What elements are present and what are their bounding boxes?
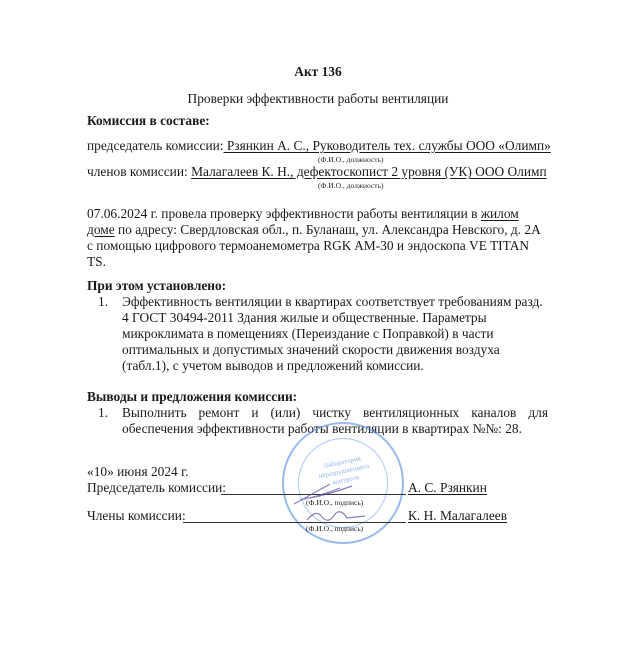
document-page: Акт 136 Проверки эффективности работы ве…: [0, 0, 636, 672]
chairman-caption: (Ф.И.О., должность): [318, 155, 384, 164]
inspection-text-after: по адресу: Свердловская обл., п. Буланаш…: [87, 222, 541, 269]
commission-heading: Комиссия в составе:: [87, 113, 210, 129]
conclusions-heading: Выводы и предложения комиссии:: [87, 389, 297, 405]
findings-item-text: Эффективность вентиляции в квартирах соо…: [122, 294, 548, 374]
signing-date: «10» июня 2024 г.: [87, 464, 188, 480]
chairman-label: председатель комиссии:: [87, 138, 224, 153]
chairman-row: председатель комиссии: Рзянкин А. С., Ру…: [87, 138, 551, 154]
document-title: Акт 136: [0, 64, 636, 80]
findings-item: 1. Эффективность вентиляции в квартирах …: [98, 294, 548, 374]
members-signature-label: Члены комиссии:: [87, 508, 186, 524]
chairman-signature-name: А. С. Рзянкин: [408, 480, 487, 496]
members-caption: (Ф.И.О., должность): [318, 181, 384, 190]
inspection-paragraph: 07.06.2024 г. провела проверку эффективн…: [87, 206, 547, 270]
chairman-signature-label: Председатель комиссии:: [87, 480, 226, 496]
members-handwritten-signature-icon: [305, 506, 375, 526]
document-subtitle: Проверки эффективности работы вентиляции: [0, 91, 636, 107]
conclusions-item-number: 1.: [98, 405, 108, 421]
members-value: Малагалеев К. Н., дефектоскопист 2 уровн…: [191, 164, 547, 179]
chairman-value: Рзянкин А. С., Руководитель тех. службы …: [224, 138, 551, 153]
members-row: членов комиссии: Малагалеев К. Н., дефек…: [87, 164, 547, 180]
chairman-handwritten-signature-icon: [290, 478, 370, 508]
findings-heading: При этом установлено:: [87, 278, 226, 294]
findings-list: 1. Эффективность вентиляции в квартирах …: [98, 294, 548, 374]
members-signature-name: К. Н. Малагалеев: [408, 508, 507, 524]
inspection-text-before: 07.06.2024 г. провела проверку эффективн…: [87, 206, 481, 221]
findings-item-number: 1.: [98, 294, 108, 310]
members-label: членов комиссии:: [87, 164, 188, 179]
